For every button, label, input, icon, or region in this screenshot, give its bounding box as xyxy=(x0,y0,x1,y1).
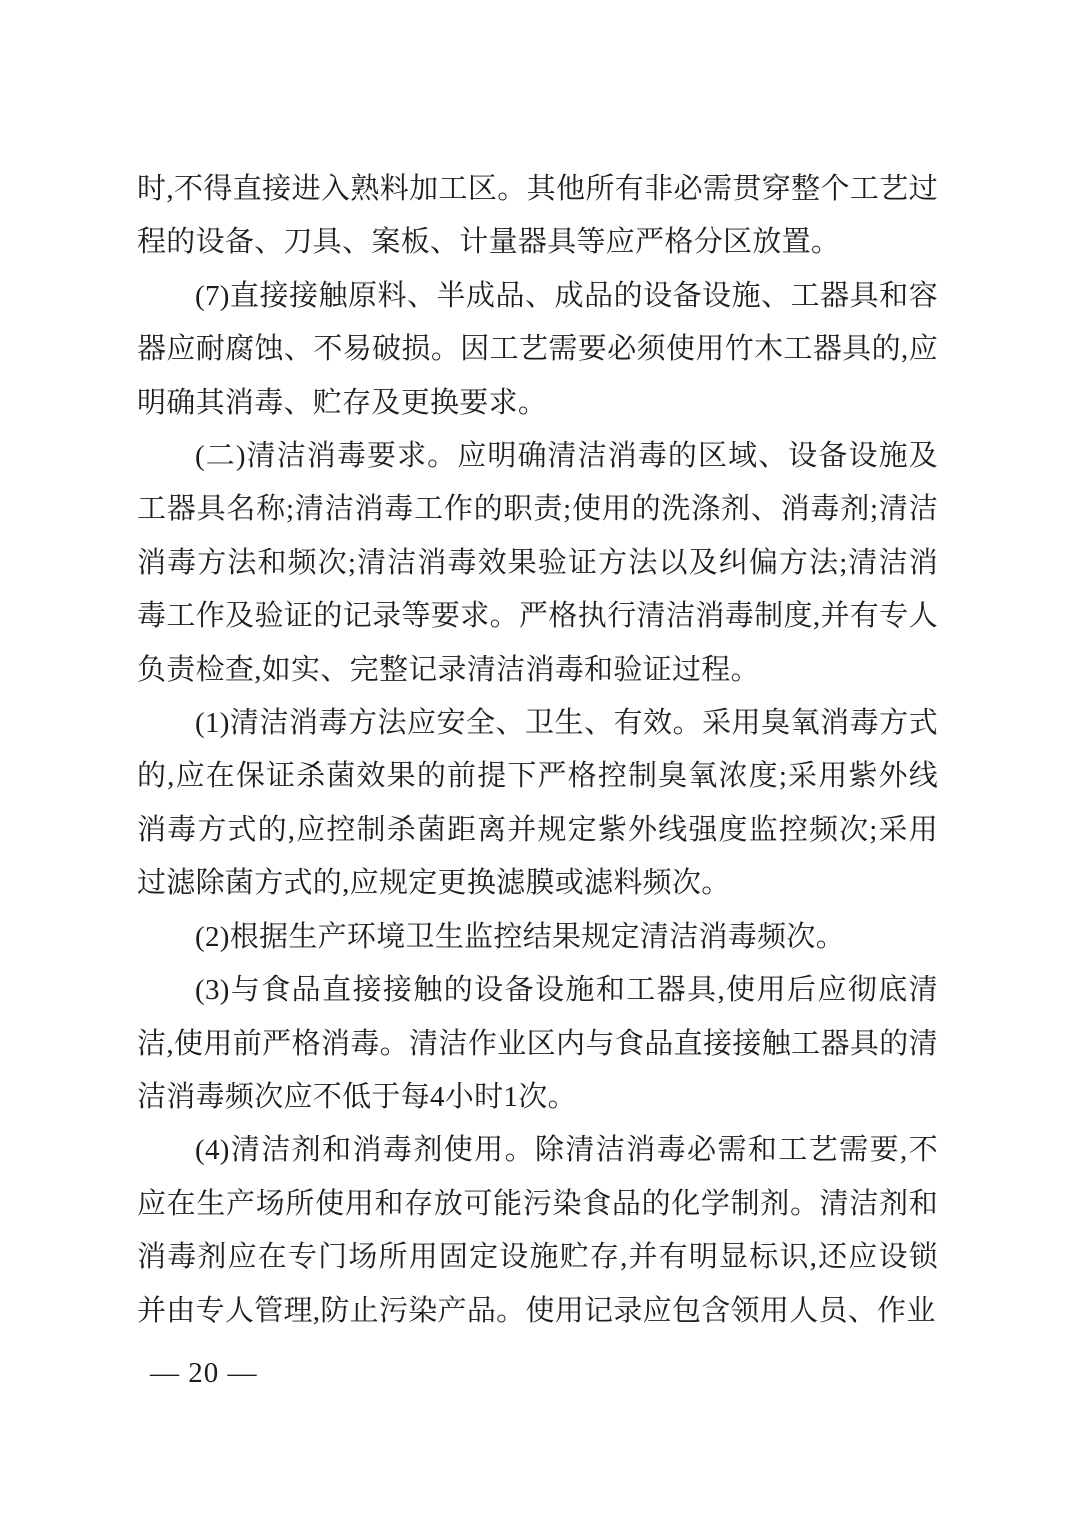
paragraph-continuation: 时,不得直接进入熟料加工区。其他所有非必需贯穿整个工艺过程的设备、刀具、案板、计… xyxy=(137,163,938,270)
paragraph-item-3: (3)与食品直接接触的设备设施和工器具,使用后应彻底清洁,使用前严格消毒。清洁作… xyxy=(137,964,938,1124)
paragraph-section-2-cleaning-disinfection: (二)清洁消毒要求。应明确清洁消毒的区域、设备设施及工器具名称;清洁消毒工作的职… xyxy=(137,430,938,697)
document-page: 时,不得直接进入熟料加工区。其他所有非必需贯穿整个工艺过程的设备、刀具、案板、计… xyxy=(0,0,1074,1520)
paragraph-item-4: (4)清洁剂和消毒剂使用。除清洁消毒必需和工艺需要,不应在生产场所使用和存放可能… xyxy=(137,1124,938,1338)
paragraph-item-1: (1)清洁消毒方法应安全、卫生、有效。采用臭氧消毒方式的,应在保证杀菌效果的前提… xyxy=(137,697,938,911)
document-body: 时,不得直接进入熟料加工区。其他所有非必需贯穿整个工艺过程的设备、刀具、案板、计… xyxy=(137,163,938,1338)
paragraph-item-7: (7)直接接触原料、半成品、成品的设备设施、工器具和容器应耐腐蚀、不易破损。因工… xyxy=(137,270,938,430)
page-number: — 20 — xyxy=(150,1347,258,1400)
paragraph-item-2: (2)根据生产环境卫生监控结果规定清洁消毒频次。 xyxy=(137,911,938,964)
